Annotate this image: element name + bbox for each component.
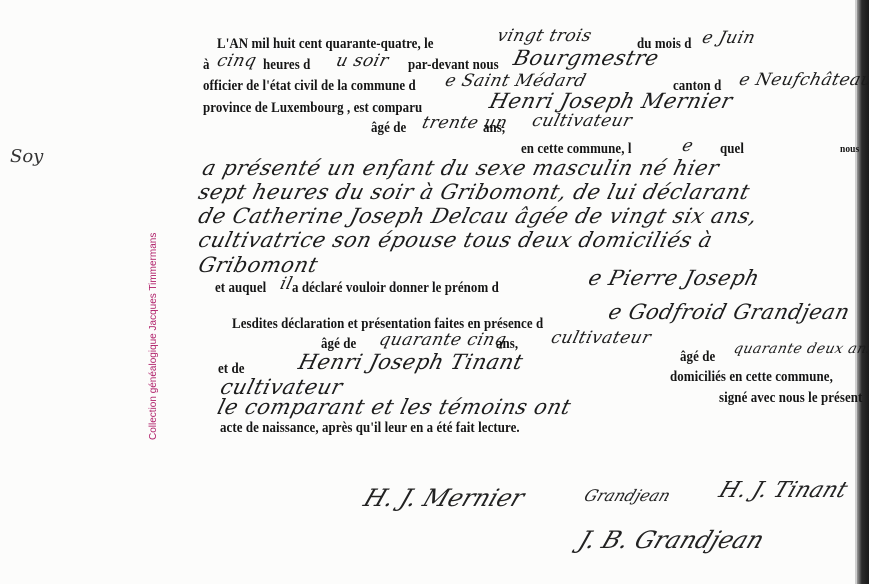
- handwritten-line: a présenté un enfant du sexe masculin né…: [200, 156, 722, 180]
- handwritten-line: cultivatrice son épouse tous deux domici…: [196, 228, 715, 252]
- document-page: Soy Collection généalogique Jacques Timm…: [0, 0, 869, 584]
- handwritten-text: le comparant et les témoins ont: [215, 395, 574, 419]
- handwritten-text: vingt trois: [495, 26, 594, 46]
- handwritten-text: Henri Joseph Mernier: [487, 89, 735, 113]
- handwritten-text: e Pierre Joseph: [586, 266, 762, 290]
- printed-text: ans,: [483, 120, 505, 137]
- printed-text: province de Luxembourg , est comparu: [203, 100, 422, 117]
- handwritten-text: cultivateur: [530, 111, 634, 131]
- handwritten-text: e Neufchâteau: [737, 70, 869, 90]
- printed-text: âgé de: [371, 120, 406, 137]
- printed-text: quel: [720, 141, 744, 158]
- signature: J. B. Grandjean: [575, 526, 768, 554]
- handwritten-text: e Godfroid Grandjean: [606, 300, 853, 324]
- signature: H. J. Mernier: [360, 484, 528, 512]
- watermark: Collection généalogique Jacques Timmerma…: [148, 233, 159, 440]
- handwritten-line: de Catherine Joseph Delcau âgée de vingt…: [196, 204, 760, 228]
- handwritten-text: e Juin: [700, 28, 758, 48]
- margin-note: Soy: [10, 146, 43, 167]
- handwritten-line: Gribomont: [196, 253, 321, 277]
- handwritten-text: u soir: [334, 51, 391, 71]
- handwritten-text: e: [680, 136, 696, 156]
- handwritten-text: e Saint Médard: [443, 71, 588, 91]
- printed-text: officier de l'état civil de la commune d: [203, 78, 416, 95]
- printed-text: signé avec nous le présent: [719, 390, 862, 407]
- printed-text: à: [203, 57, 210, 74]
- printed-text: a déclaré vouloir donner le prénom d: [292, 280, 499, 297]
- printed-text: heures d: [263, 57, 310, 74]
- printed-text: nous: [840, 143, 859, 155]
- printed-text: acte de naissance, après qu'il leur en a…: [220, 420, 520, 437]
- handwritten-line: sept heures du soir à Gribomont, de lui …: [196, 180, 752, 204]
- printed-text: et auquel: [215, 280, 266, 297]
- handwritten-text: quarante deux ans: [732, 341, 869, 357]
- handwritten-text: quarante cinq: [377, 330, 509, 350]
- signature: Grandjean: [582, 486, 674, 505]
- printed-text: domiciliés en cette commune,: [670, 369, 833, 386]
- handwritten-text: cinq: [215, 51, 259, 71]
- handwritten-text: Bourgmestre: [511, 46, 662, 70]
- signature: H. J. Tinant: [715, 478, 850, 503]
- printed-text: âgé de: [680, 349, 715, 366]
- handwritten-text: Henri Joseph Tinant: [296, 350, 526, 374]
- handwritten-text: cultivateur: [549, 328, 653, 348]
